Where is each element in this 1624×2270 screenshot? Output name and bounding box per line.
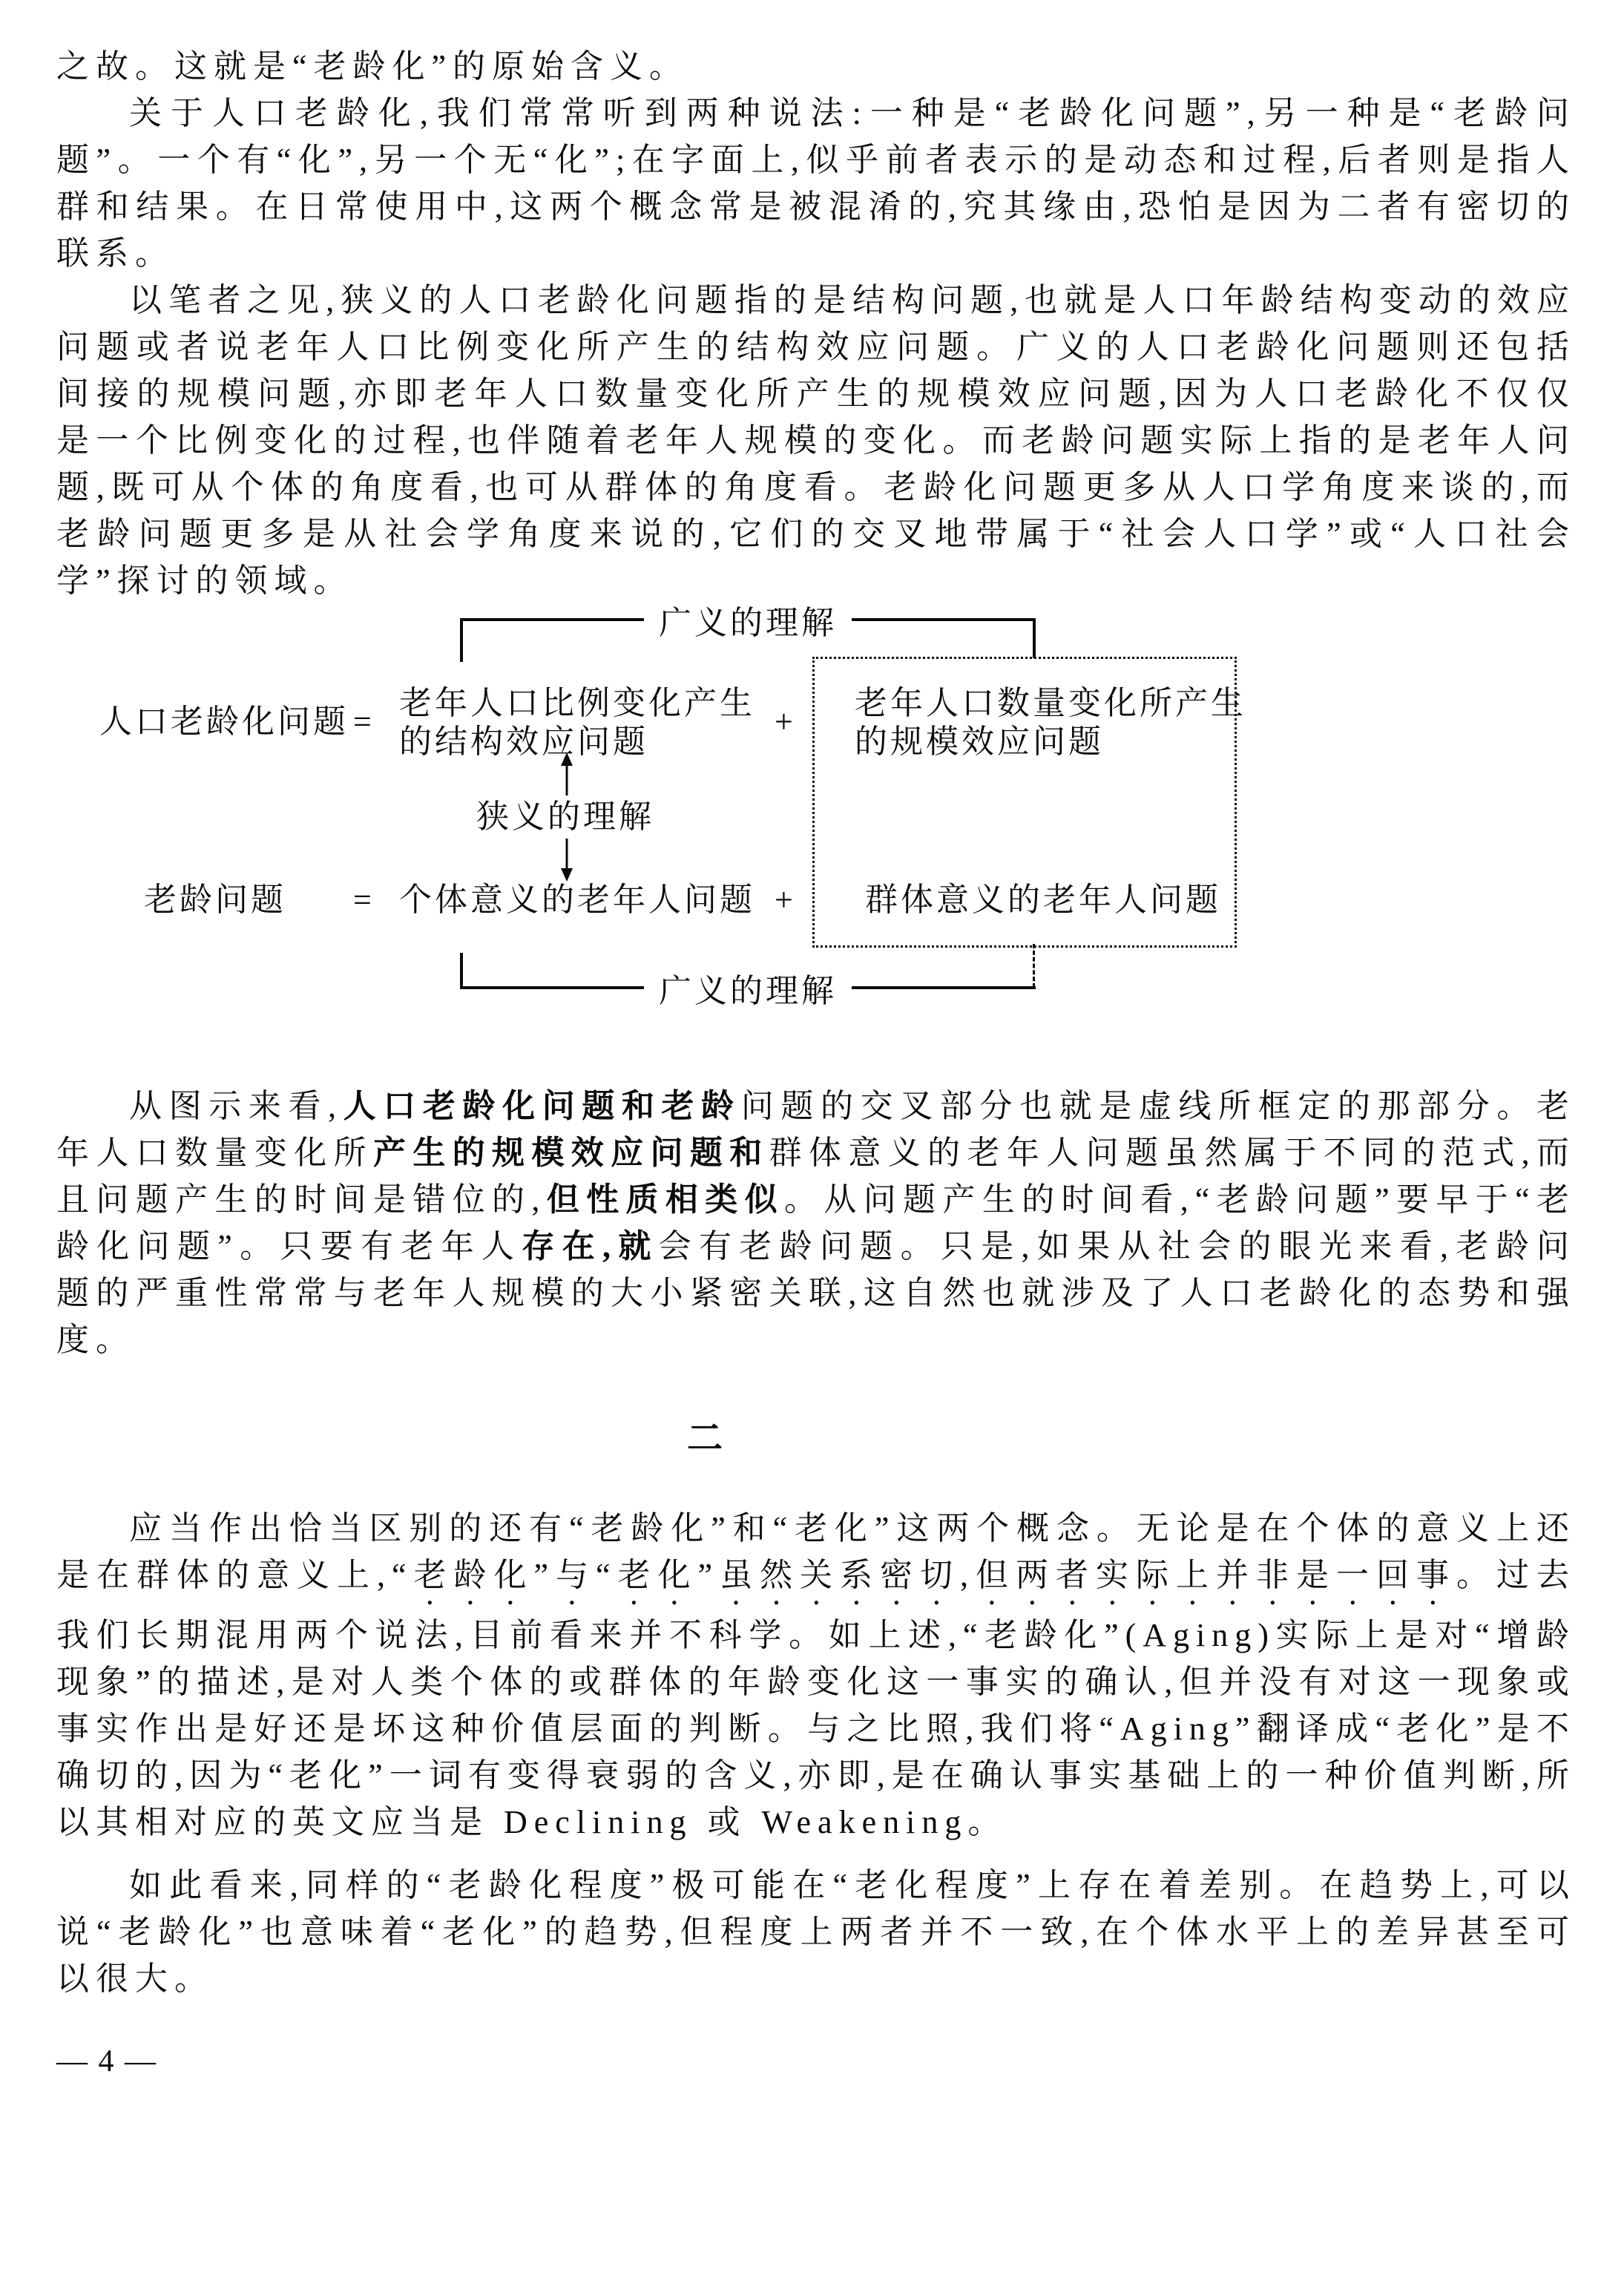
row1-scale-effect: 老年人口数量变化所产生的规模效应问题 [855,684,1246,761]
paragraph-narrow-vs-broad: 以笔者之见,狭义的人口老龄化问题指的是结构问题,也就是人口年龄结构变动的效应问题… [56,277,1576,604]
text-run-emphasized: “老龄化”与“老化”虽然关系密切,但两者实际上并非是一回事 [392,1557,1456,1593]
row1-term: 人口老龄化问题 [99,703,349,741]
paragraph-aging-vs-laohua: 应当作出恰当区别的还有“老龄化”和“老化”这两个概念。无论是在个体的意义上还是在… [56,1505,1576,1846]
arrow-down-icon [558,839,576,882]
paragraph-degree-difference: 如此看来,同样的“老龄化程度”极可能在“老化程度”上存在着差别。在趋势上,可以说… [56,1862,1576,2002]
row1-scale-line2: 的规模效应问题 [855,723,1246,761]
paragraph-original-meaning: 之故。这就是“老龄化”的原始含义。 [56,43,1576,90]
document-page: 之故。这就是“老龄化”的原始含义。 关于人口老龄化,我们常常听到两种说法:一种是… [0,0,1624,2270]
broad-understanding-label-top: 广义的理解 [644,596,852,643]
text-run-bold: 存在,就 [522,1228,658,1264]
row1-plus: + [775,703,796,741]
broad-understanding-label-bottom: 广义的理解 [644,964,852,1011]
page-content: 之故。这就是“老龄化”的原始含义。 关于人口老龄化,我们常常听到两种说法:一种是… [56,0,1576,2079]
row2-plus: + [775,882,796,919]
text-run-bold: 但性质相类似 [546,1181,784,1218]
row1-equals: = [353,703,375,741]
text-run: 从图示来看, [129,1088,343,1124]
row1-structure-effect: 老年人口比例变化产生的结构效应问题 [399,684,755,761]
bracket-line [460,618,644,621]
broad-understanding-bracket-top: 广义的理解 [460,601,1036,638]
row2-equals: = [353,882,375,919]
text-run: 。过去我们长期混用两个说法,目前看来并不科学。如上述,“老龄化”(Aging)实… [56,1557,1576,1840]
row2-individual-problem: 个体意义的老年人问题 [399,882,755,919]
paragraph-diagram-discussion: 从图示来看,人口老龄化问题和老龄问题的交叉部分也就是虚线所框定的那部分。老年人口… [56,1083,1576,1363]
text-run-bold: 人口老龄化问题和老龄 [343,1088,741,1124]
row1-scale-line1: 老年人口数量变化所产生 [855,684,1246,723]
section-header-two: 二 [0,1409,1466,1460]
text-run-bold: 产生的规模效应问题和 [373,1135,769,1171]
page-number: — 4 — [56,2044,1576,2079]
arrow-up-icon [558,752,576,796]
bracket-line [852,618,1036,621]
paragraph-two-terms: 关于人口老龄化,我们常常听到两种说法:一种是“老龄化问题”,另一种是“老龄问题”… [56,90,1576,277]
concept-diagram: 广义的理解 人口老龄化问题 = 老年人口比例变化产生的结构效应问题 + 老年人口… [56,604,1576,1049]
row1-structure-line1: 老年人口比例变化产生 [399,684,755,723]
row2-term: 老龄问题 [144,882,286,919]
bracket-riser-left [460,620,463,662]
bracket-line [460,986,644,989]
broad-understanding-bracket-bottom: 广义的理解 [460,969,1036,1006]
row1-structure-line2: 的结构效应问题 [399,723,755,761]
bracket-riser-right [1033,620,1036,658]
bracket-line [852,986,1036,989]
row2-group-problem: 群体意义的老年人问题 [865,882,1221,919]
narrow-understanding-label: 狭义的理解 [476,798,654,836]
